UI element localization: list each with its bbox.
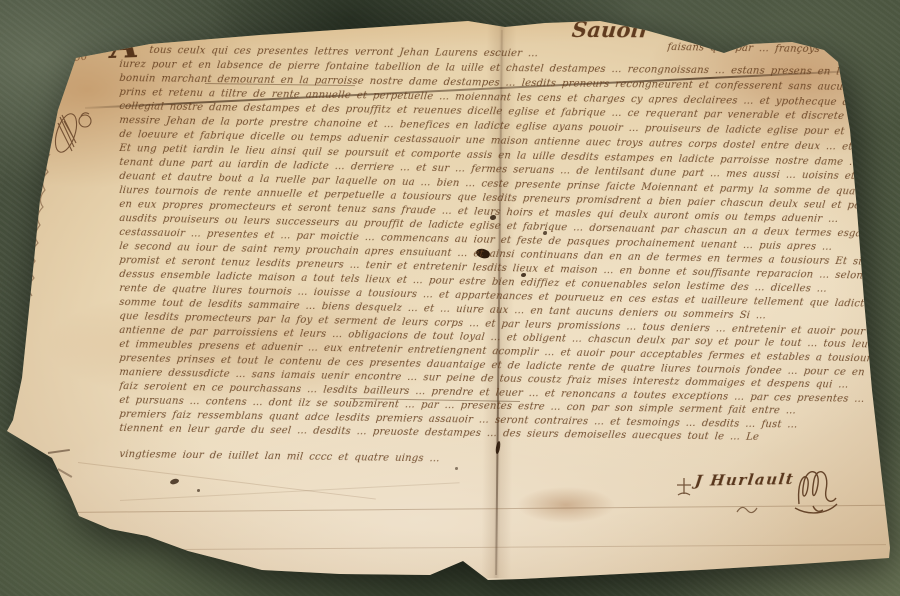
margin-date-year: 90 (74, 53, 88, 64)
ink-blot (197, 489, 200, 492)
ink-blot (495, 441, 501, 454)
paraph-knot-icon (793, 462, 839, 518)
lower-crease-2 (180, 544, 886, 550)
manuscript-line: faisans que par … françoys quelauds pere… (667, 41, 876, 57)
parchment-surface: A 2 Maupes 26e juillet 90 (0, 0, 900, 596)
manuscript-display-word: Sauoir (571, 19, 669, 43)
signature-cross-icon (675, 476, 693, 498)
ink-blot (169, 478, 179, 486)
manuscript-photograph: A 2 Maupes 26e juillet 90 (0, 0, 900, 596)
corner-crease-2 (120, 482, 460, 501)
top-edge-note: Maupes (552, 3, 591, 15)
manuscript-line: vingtiesme iour de iuillet lan mil cccc … (119, 448, 590, 468)
corner-crease-1 (78, 462, 376, 500)
notary-signature: J Hurlault (675, 462, 855, 532)
margin-stroke-1 (48, 449, 70, 454)
parchment-sheet: A 2 Maupes 26e juillet 90 (0, 0, 900, 596)
signature-name: J Hurlault (694, 471, 795, 489)
vertical-margin-scribble (32, 150, 62, 300)
folio-number: 2 (213, 23, 221, 35)
margin-date-note: 26e juillet (48, 35, 94, 48)
margin-stroke-2 (58, 468, 73, 478)
ink-blot (455, 467, 458, 470)
signature-flourish-icon (735, 502, 759, 518)
